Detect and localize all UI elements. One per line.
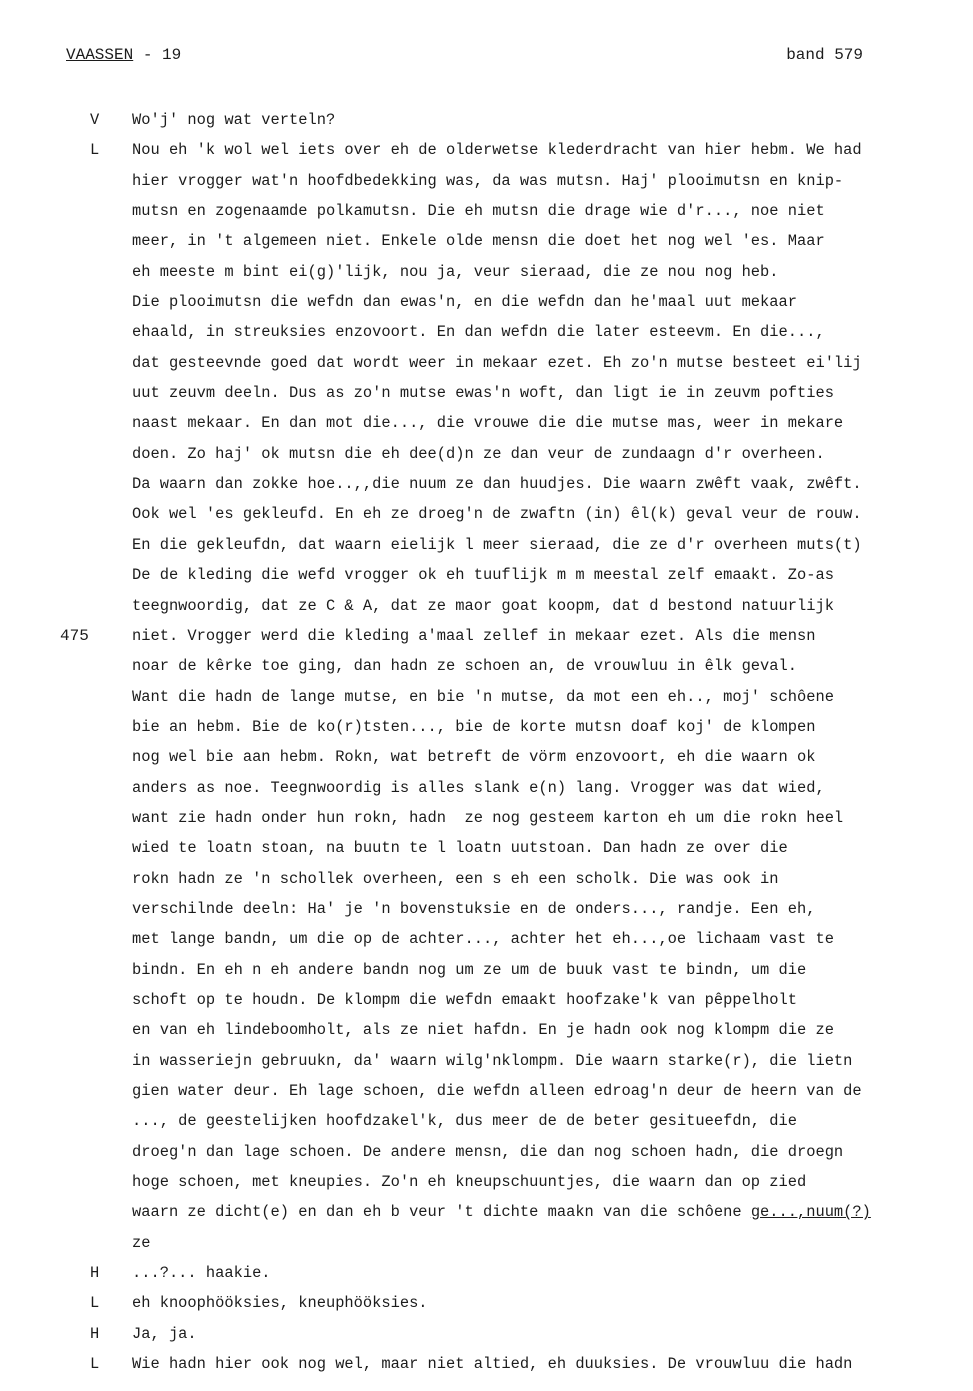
transcript-line: droeg'n dan lage schoen. De andere mensn… bbox=[132, 1137, 973, 1167]
speaker-label: L bbox=[90, 135, 110, 165]
transcript-line: nog wel bie aan hebm. Rokn, wat betreft … bbox=[132, 742, 973, 772]
transcript-line: gien water deur. Eh lage schoen, die wef… bbox=[132, 1076, 973, 1106]
transcript-line: Ook wel 'es gekleufd. En eh ze droeg'n d… bbox=[132, 499, 973, 529]
transcript-line: teegnwoordig, dat ze C & A, dat ze maor … bbox=[132, 591, 973, 621]
speaker-label: H bbox=[90, 1319, 110, 1349]
transcript-line: mutsn en zogenaamde polkamutsn. Die eh m… bbox=[132, 196, 973, 226]
transcript-turn: H...?... haakie. bbox=[0, 1258, 973, 1288]
header-separator: - bbox=[133, 46, 162, 64]
transcript-line: Want die hadn de lange mutse, en bie 'n … bbox=[132, 682, 973, 712]
transcript-line: Ja, ja. bbox=[132, 1319, 973, 1349]
transcript-line: Wie hadn hier ook nog wel, maar niet alt… bbox=[132, 1349, 973, 1379]
transcript-line: Nou eh 'k wol wel iets over eh de olderw… bbox=[132, 135, 973, 165]
transcript-line: met lange bandn, um die op de achter...,… bbox=[132, 924, 973, 954]
transcript-line: en van eh lindeboomholt, als ze niet haf… bbox=[132, 1015, 973, 1045]
header-left: VAASSEN - 19 bbox=[66, 46, 181, 64]
transcript-line: ..., de geestelijken hoofdzakel'k, dus m… bbox=[132, 1106, 973, 1136]
page-header: VAASSEN - 19 band 579 bbox=[66, 46, 863, 64]
transcript-line: waarn ze dicht(e) en dan eh b veur 't di… bbox=[132, 1197, 973, 1227]
transcript-line: hier vrogger wat'n hoofdbedekking was, d… bbox=[132, 166, 973, 196]
transcript-line: En die gekleufdn, dat waarn eielijk l me… bbox=[132, 530, 973, 560]
transcript-line: uut zeuvm deeln. Dus as zo'n mutse ewas'… bbox=[132, 378, 973, 408]
transcript-line: eh meeste m bint ei(g)'lijk, nou ja, veu… bbox=[132, 257, 973, 287]
speaker-label: L bbox=[90, 1288, 110, 1318]
transcript-line: dat gesteevnde goed dat wordt weer in me… bbox=[132, 348, 973, 378]
transcript-line: schoft op te houdn. De klompm die wefdn … bbox=[132, 985, 973, 1015]
transcript-line: hoge schoen, met kneupies. Zo'n eh kneup… bbox=[132, 1167, 973, 1197]
transcript-line: anders as noe. Teegnwoordig is alles sla… bbox=[132, 773, 973, 803]
place-name: VAASSEN bbox=[66, 46, 133, 64]
transcript-line: in wasseriejn gebruukn, da' waarn wilg'n… bbox=[132, 1046, 973, 1076]
page-number: 19 bbox=[162, 46, 181, 64]
transcript-turn: LWie hadn hier ook nog wel, maar niet al… bbox=[0, 1349, 973, 1379]
transcript-line: noar de kêrke toe ging, dan hadn ze scho… bbox=[132, 651, 973, 681]
transcript-line: Wo'j' nog wat verteln? bbox=[132, 105, 973, 135]
transcript-line: doen. Zo haj' ok mutsn die eh dee(d)n ze… bbox=[132, 439, 973, 469]
transcript-line: eh knoophööksies, kneuphööksies. bbox=[132, 1288, 973, 1318]
transcript-line: ...?... haakie. bbox=[132, 1258, 973, 1288]
transcript-line: Da waarn dan zokke hoe..,,die nuum ze da… bbox=[132, 469, 973, 499]
transcript-turn: LNou eh 'k wol wel iets over eh de older… bbox=[0, 135, 973, 1258]
transcript-turn: VWo'j' nog wat verteln? bbox=[0, 105, 973, 135]
transcript-line: want zie hadn onder hun rokn, hadn ze no… bbox=[132, 803, 973, 833]
transcript-line: naast mekaar. En dan mot die..., die vro… bbox=[132, 408, 973, 438]
transcript-line: bie an hebm. Bie de ko(r)tsten..., bie d… bbox=[132, 712, 973, 742]
transcript-line: niet. Vrogger werd die kleding a'maal ze… bbox=[132, 621, 973, 651]
transcript-line: wied te loatn stoan, na buutn te l loatn… bbox=[132, 833, 973, 863]
transcript-line: ze bbox=[132, 1228, 973, 1258]
transcript-line: Die plooimutsn die wefdn dan ewas'n, en … bbox=[132, 287, 973, 317]
transcript-line: meer, in 't algemeen niet. Enkele olde m… bbox=[132, 226, 973, 256]
transcript-line: bindn. En eh n eh andere bandn nog um ze… bbox=[132, 955, 973, 985]
transcript: VWo'j' nog wat verteln?LNou eh 'k wol we… bbox=[0, 105, 973, 1379]
transcript-line: verschilnde deeln: Ha' je 'n bovenstuksi… bbox=[132, 894, 973, 924]
transcript-turn: Leh knoophööksies, kneuphööksies. bbox=[0, 1288, 973, 1318]
speaker-label: V bbox=[90, 105, 110, 135]
transcript-line: rokn hadn ze 'n schollek overheen, een s… bbox=[132, 864, 973, 894]
transcript-turn: HJa, ja. bbox=[0, 1319, 973, 1349]
transcript-line: ehaald, in streuksies enzovoort. En dan … bbox=[132, 317, 973, 347]
line-number: 475 bbox=[60, 621, 89, 651]
speaker-label: H bbox=[90, 1258, 110, 1288]
speaker-label: L bbox=[90, 1349, 110, 1379]
tape-number: band 579 bbox=[786, 46, 863, 64]
underlined-fragment: ge...,nuum(?) bbox=[751, 1203, 871, 1221]
transcript-line: De de kleding die wefd vrogger ok eh tuu… bbox=[132, 560, 973, 590]
